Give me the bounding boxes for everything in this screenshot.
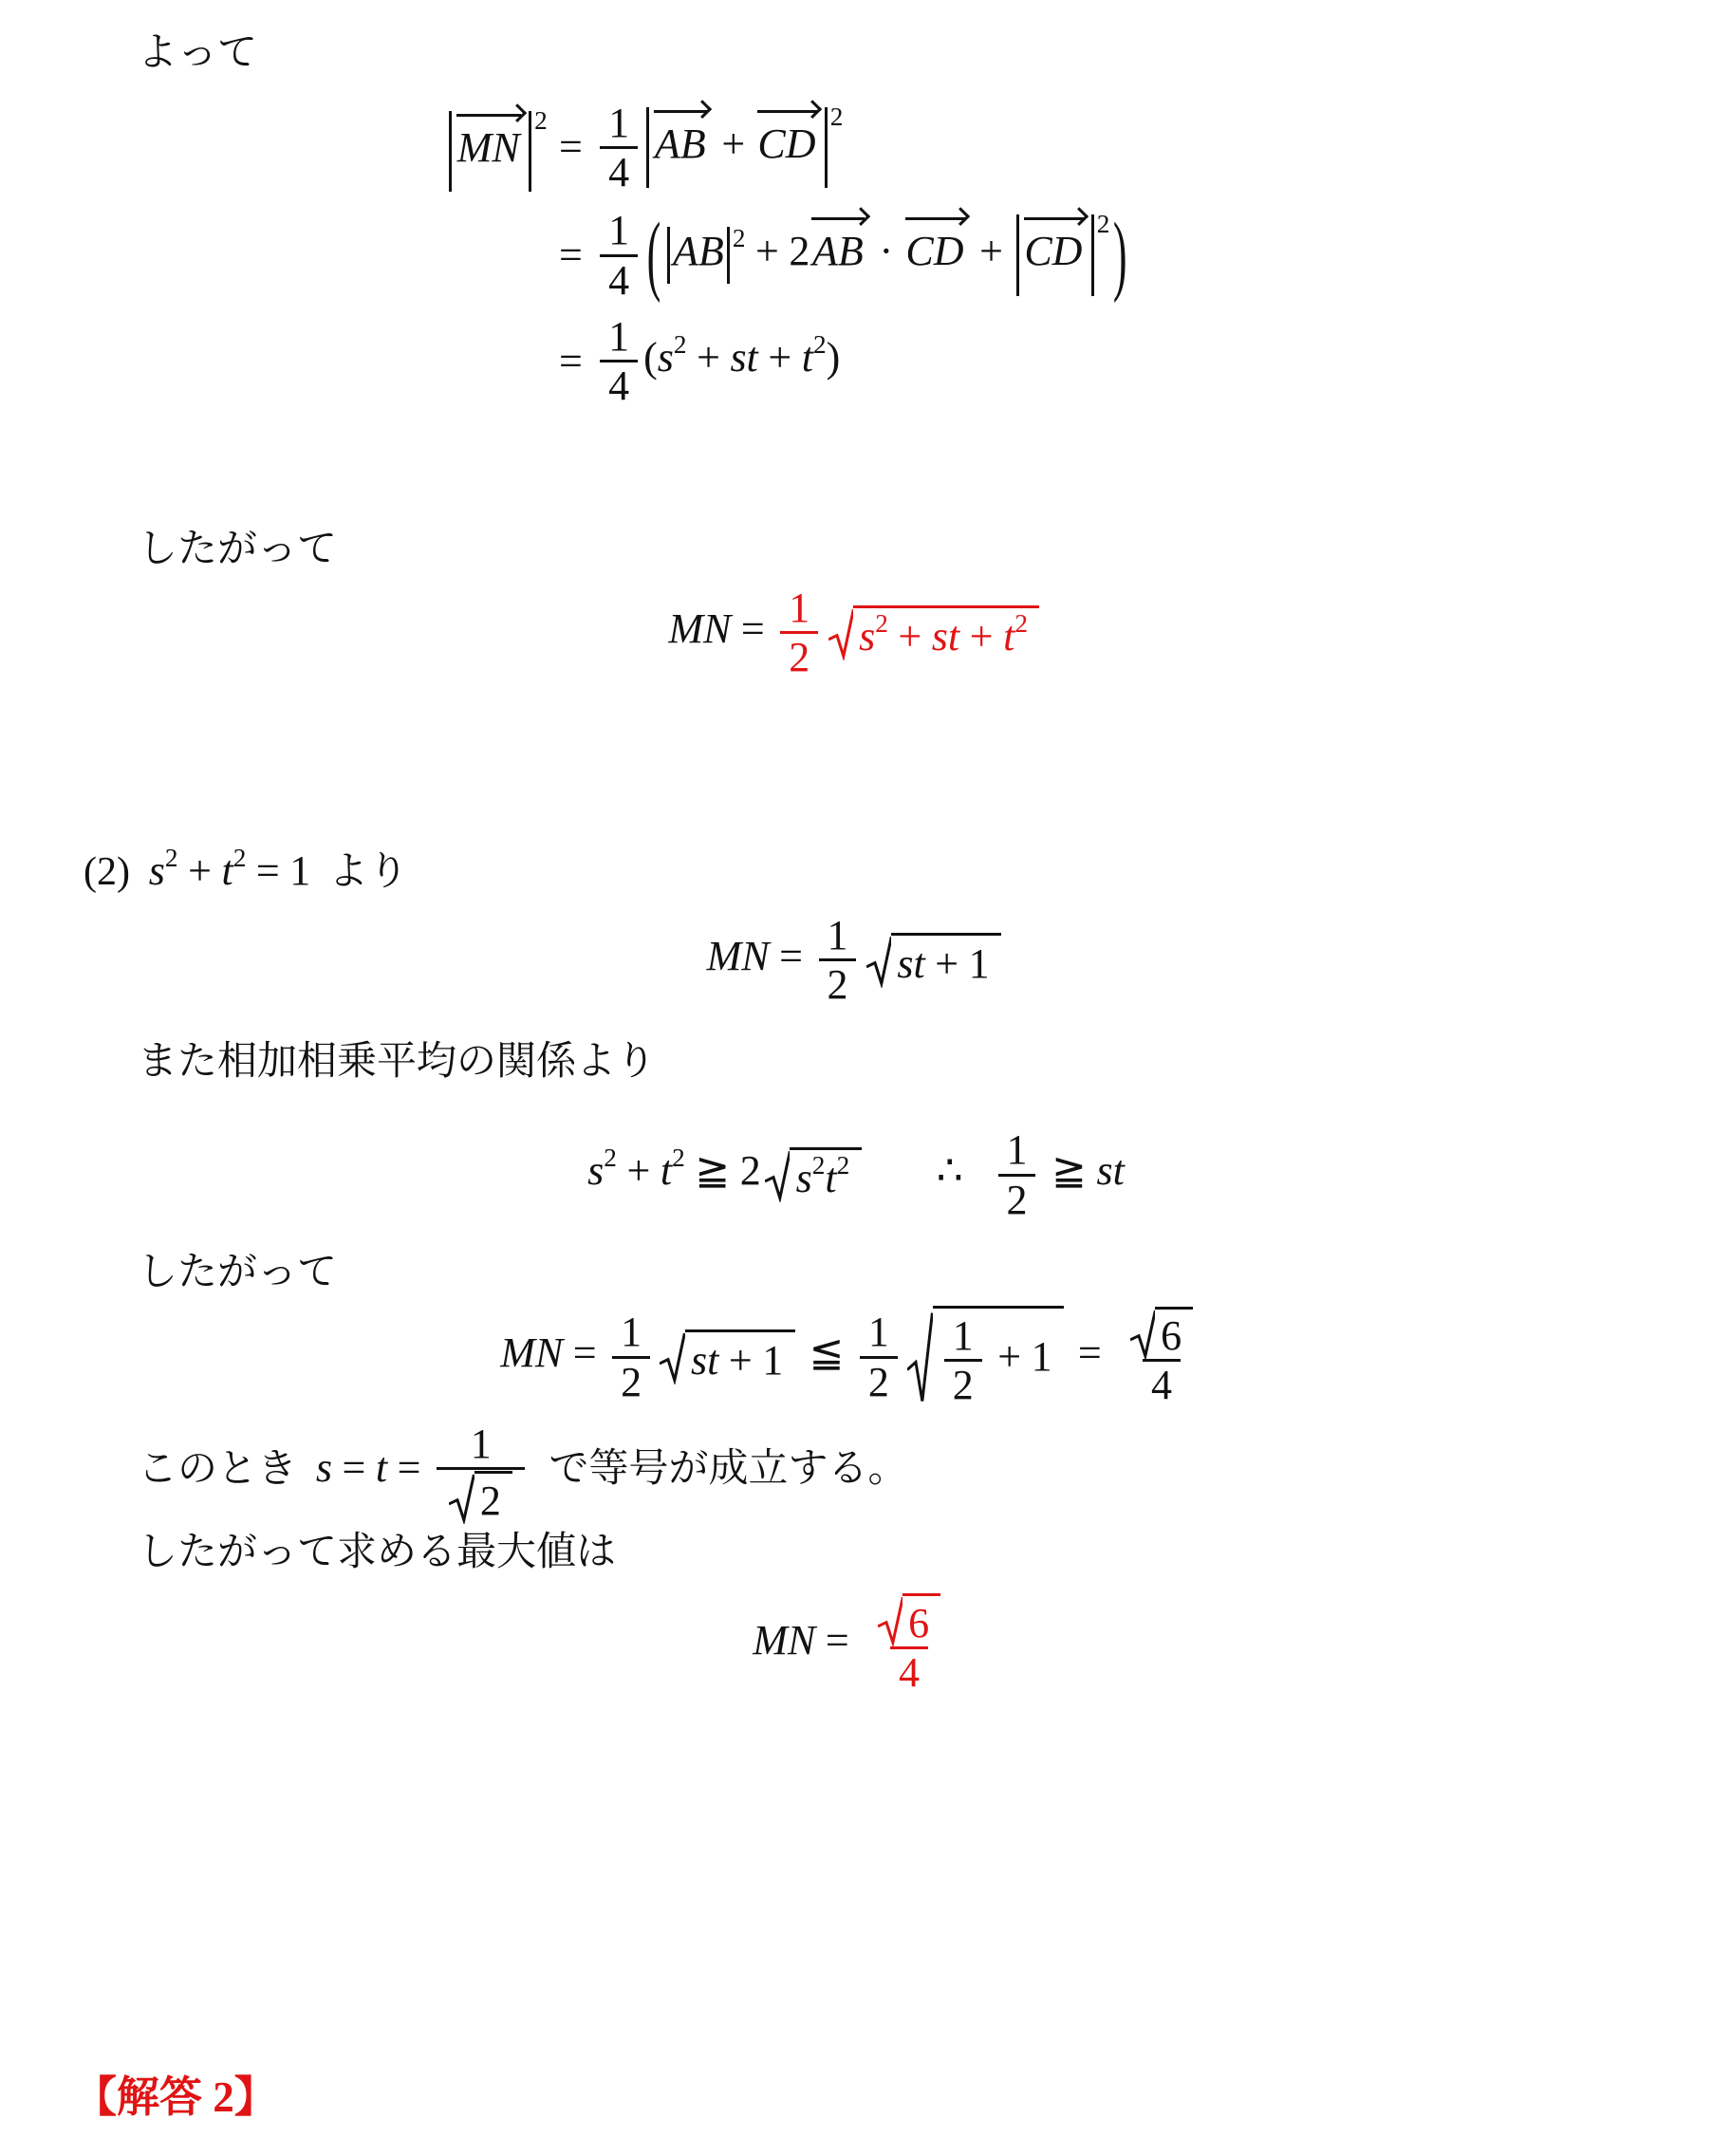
- radical-sign-icon: [449, 1471, 474, 1524]
- radicand: 6: [1155, 1307, 1193, 1360]
- denominator: 4: [600, 360, 638, 409]
- big-right-paren: ): [1113, 211, 1127, 301]
- leq-sign: ≦: [809, 1329, 845, 1376]
- fraction-one-half: 12: [860, 1309, 898, 1405]
- dot-operator: ·: [880, 228, 894, 274]
- page: よって MN2 = 14AB+CD2 = 14(AB2+2AB·CD+CD2) …: [0, 0, 1712, 2156]
- exponent: 2: [672, 1143, 685, 1172]
- var-st: st: [897, 940, 924, 987]
- radicand: s2+st+t2: [853, 605, 1039, 660]
- equals-sign: =: [398, 1444, 421, 1491]
- vector-cd: CD: [903, 205, 970, 275]
- text-amgm-label: また相加相乗平均の関係より: [138, 1040, 656, 1084]
- exponent: 2: [813, 330, 827, 359]
- fraction-one-half: 12: [819, 912, 857, 1009]
- var-st: st: [730, 334, 757, 381]
- fraction-one-fourth: 14: [600, 100, 638, 196]
- equals-sign: =: [548, 122, 594, 171]
- final-answer-equation: MN=64: [0, 1592, 1712, 1696]
- condition-equation: s=t=12: [316, 1444, 531, 1491]
- exponent: 2: [1097, 210, 1110, 238]
- var-mn: MN: [500, 1329, 563, 1376]
- denominator: 2: [819, 958, 857, 1008]
- plus-sign: +: [768, 334, 791, 381]
- numerator-sqrt6: 6: [865, 1592, 953, 1646]
- denominator: 2: [612, 1356, 650, 1405]
- fraction-sqrt6-over-4: 64: [1117, 1306, 1205, 1409]
- text-konotoki: このとき: [138, 1447, 297, 1491]
- number-one: 1: [762, 1337, 783, 1384]
- equals-sign: =: [342, 1444, 365, 1491]
- fraction-one-half: 12: [998, 1126, 1036, 1223]
- plus-sign: +: [188, 847, 212, 894]
- numerator: 1: [612, 1309, 650, 1355]
- mn-simplified: MN=12st+1: [0, 912, 1712, 1009]
- denominator: 4: [600, 254, 638, 304]
- denominator: 2: [998, 1174, 1036, 1223]
- var-t: t: [802, 334, 813, 381]
- therefore-sign: ∴: [937, 1147, 963, 1194]
- exponent: 2: [674, 330, 687, 359]
- var-mn: MN: [753, 1617, 815, 1663]
- numerator: 1: [944, 1312, 982, 1359]
- geq-sign: ≧: [1051, 1147, 1087, 1194]
- square-root: s2t2: [765, 1147, 862, 1202]
- exponent: 2: [604, 1143, 617, 1172]
- fraction-one-half: 12: [780, 585, 818, 681]
- plus-sign: +: [626, 1147, 650, 1194]
- var-mn: MN: [668, 605, 731, 652]
- coefficient-two: 2: [740, 1147, 761, 1194]
- red-result-group: 12s2+st+t2: [774, 605, 1043, 652]
- mn-bound-equation: MN=12st+1≦1212+1=64: [0, 1306, 1712, 1409]
- square-root: 6: [1130, 1307, 1194, 1360]
- numerator: 1: [780, 585, 818, 631]
- equals-sign: =: [548, 337, 594, 385]
- plus-sign: +: [755, 228, 779, 274]
- equals-glyph: =: [559, 338, 583, 384]
- numerator: 1: [462, 1421, 500, 1467]
- var-t: t: [661, 1147, 672, 1194]
- plus-sign: +: [970, 613, 994, 660]
- part2-heading: (2)s2+t2=1より: [84, 843, 1712, 900]
- equals-sign: =: [548, 231, 594, 279]
- equality-condition: このときs=t=12で等号が成立する。: [138, 1421, 1712, 1524]
- fraction-one-fourth: 14: [600, 207, 638, 304]
- constraint-equation: s2+t2=1: [149, 847, 310, 894]
- text-yotte: よって: [138, 27, 1712, 81]
- right-paren: ): [827, 334, 841, 381]
- text-yotte-label: よって: [138, 31, 257, 75]
- radical-sign-icon: [660, 1329, 684, 1385]
- radicand: st+1: [891, 933, 1001, 988]
- exponent: 2: [812, 1151, 826, 1180]
- fraction-one-over-sqrt2: 12: [437, 1421, 525, 1524]
- equals-glyph: =: [559, 232, 583, 278]
- red-final-value: 64: [859, 1617, 959, 1663]
- numerator: 1: [998, 1126, 1036, 1173]
- exponent: 2: [233, 843, 247, 871]
- text-equality-holds: で等号が成立する。: [549, 1447, 907, 1491]
- fraction-one-half: 12: [612, 1309, 650, 1405]
- radical-sign-icon: [828, 605, 853, 660]
- text-shitagatte: したがって: [138, 523, 1712, 577]
- abs-bar: [449, 111, 452, 193]
- var-s: s: [859, 613, 875, 660]
- vector-ab: AB: [652, 98, 712, 168]
- abs-bar: [1091, 214, 1094, 296]
- vector-cd: CD: [755, 98, 822, 168]
- exponent: 2: [534, 105, 548, 134]
- geq-sign: ≧: [695, 1147, 730, 1194]
- radical-sign-icon: [1130, 1307, 1155, 1360]
- equals-sign: =: [741, 605, 765, 652]
- numerator: 1: [819, 912, 857, 958]
- square-root: s2+st+t2: [828, 605, 1040, 660]
- derivation-block: MN2 = 14AB+CD2 = 14(AB2+2AB·CD+CD2) = 14…: [446, 98, 1712, 410]
- var-ab: AB: [673, 228, 724, 274]
- radical-sign-icon: [907, 1306, 932, 1408]
- numerator: 1: [600, 313, 638, 360]
- exponent: 2: [733, 224, 746, 252]
- equals-sign: =: [826, 1617, 849, 1663]
- eq1-rhs: 14AB+CD2: [594, 98, 1130, 196]
- var-s: s: [316, 1444, 332, 1491]
- fraction-one-half: 12: [944, 1312, 982, 1409]
- numerator: 1: [600, 207, 638, 253]
- equals-glyph: =: [559, 123, 583, 170]
- vector-ab: AB: [809, 205, 869, 275]
- equals-sign: =: [1078, 1329, 1102, 1376]
- big-left-paren: (: [647, 211, 661, 301]
- denominator: 4: [600, 146, 638, 195]
- vector-mn: MN: [455, 102, 526, 172]
- exponent: 2: [830, 102, 844, 130]
- numerator: 1: [860, 1309, 898, 1355]
- exponent: 2: [837, 1151, 850, 1180]
- plus-sign: +: [997, 1333, 1021, 1380]
- answer-2-label: 【解答 2】: [74, 2062, 277, 2124]
- denominator: 2: [860, 1356, 898, 1405]
- denominator: 2: [780, 631, 818, 680]
- vector-cd: CD: [1022, 205, 1089, 275]
- radical-sign-icon: [866, 933, 891, 988]
- exponent: 2: [165, 843, 178, 871]
- plus-sign: +: [935, 940, 958, 987]
- radicand: st+1: [685, 1329, 795, 1385]
- square-root: st+1: [660, 1329, 794, 1385]
- var-t: t: [1003, 613, 1014, 660]
- abs-bar: [529, 111, 531, 193]
- radicand: 2: [475, 1471, 512, 1524]
- square-root: 6: [878, 1593, 941, 1646]
- number-one: 1: [969, 940, 990, 987]
- exponent: 2: [1014, 608, 1028, 637]
- eq2-rhs: 14(AB2+2AB·CD+CD2): [594, 205, 1130, 304]
- denominator: 4: [1143, 1359, 1181, 1408]
- plus-sign: +: [898, 613, 921, 660]
- plus-sign: +: [721, 121, 745, 167]
- eq1-lhs: MN2: [446, 102, 548, 193]
- exponent: 2: [875, 608, 888, 637]
- text-amgm: また相加相乗平均の関係より: [138, 1035, 1712, 1089]
- square-root: st+1: [866, 933, 1001, 988]
- plus-sign: +: [697, 334, 720, 381]
- abs-bar: [646, 107, 649, 189]
- equals-sign: =: [779, 933, 803, 979]
- text-shitagatte-label: したがって: [138, 528, 337, 571]
- abs-bar: [825, 107, 828, 189]
- equals-sign: =: [573, 1329, 597, 1376]
- radicand: s2t2: [790, 1147, 861, 1202]
- left-paren: (: [643, 334, 658, 381]
- radical-sign-icon: [878, 1593, 903, 1646]
- fraction-one-fourth: 14: [600, 313, 638, 410]
- radicand: 12+1: [933, 1306, 1064, 1408]
- var-st: st: [932, 613, 959, 660]
- var-t: t: [221, 847, 233, 894]
- text-shitagatte-label: したがって: [138, 1251, 337, 1294]
- plus-sign: +: [979, 228, 1003, 274]
- denominator-sqrt2: 2: [437, 1467, 525, 1524]
- abs-bar: [727, 227, 730, 283]
- equals-sign: =: [256, 847, 280, 894]
- number-one: 1: [289, 847, 310, 894]
- mn-result-part1: MN=12s2+st+t2: [0, 585, 1712, 681]
- item-number: (2): [84, 850, 130, 894]
- text-max-value-label: したがって求める最大値は: [138, 1531, 616, 1574]
- fraction-sqrt6-over-4: 64: [865, 1592, 953, 1696]
- eq3-rhs: 14(s2+st+t2): [594, 313, 1130, 410]
- abs-bar: [1016, 214, 1019, 296]
- var-s: s: [149, 847, 165, 894]
- plus-sign: +: [729, 1337, 753, 1384]
- coefficient-two: 2: [789, 228, 809, 274]
- denominator: 4: [890, 1646, 928, 1696]
- var-t: t: [825, 1155, 836, 1201]
- square-root-tall: 12+1: [907, 1306, 1064, 1408]
- numerator: 1: [600, 100, 638, 146]
- amgm-inequality: s2+t2≧2s2t2∴12≧st: [0, 1126, 1712, 1223]
- text-shitagatte-2: したがって: [138, 1246, 1712, 1300]
- radicand: 6: [903, 1593, 940, 1646]
- radical-sign-icon: [765, 1147, 790, 1202]
- var-st: st: [1096, 1147, 1124, 1194]
- var-mn: MN: [707, 933, 770, 979]
- var-s: s: [658, 334, 674, 381]
- abs-bar: [667, 227, 670, 283]
- var-st: st: [691, 1337, 718, 1384]
- numerator-sqrt6: 6: [1117, 1306, 1205, 1360]
- var-t: t: [376, 1444, 387, 1491]
- text-yori: より: [328, 850, 408, 894]
- var-s: s: [796, 1155, 812, 1201]
- square-root: 2: [449, 1471, 512, 1524]
- text-max-value: したがって求める最大値は: [138, 1526, 1712, 1580]
- denominator: 2: [944, 1359, 982, 1408]
- var-s: s: [587, 1147, 604, 1194]
- number-one: 1: [1032, 1333, 1052, 1380]
